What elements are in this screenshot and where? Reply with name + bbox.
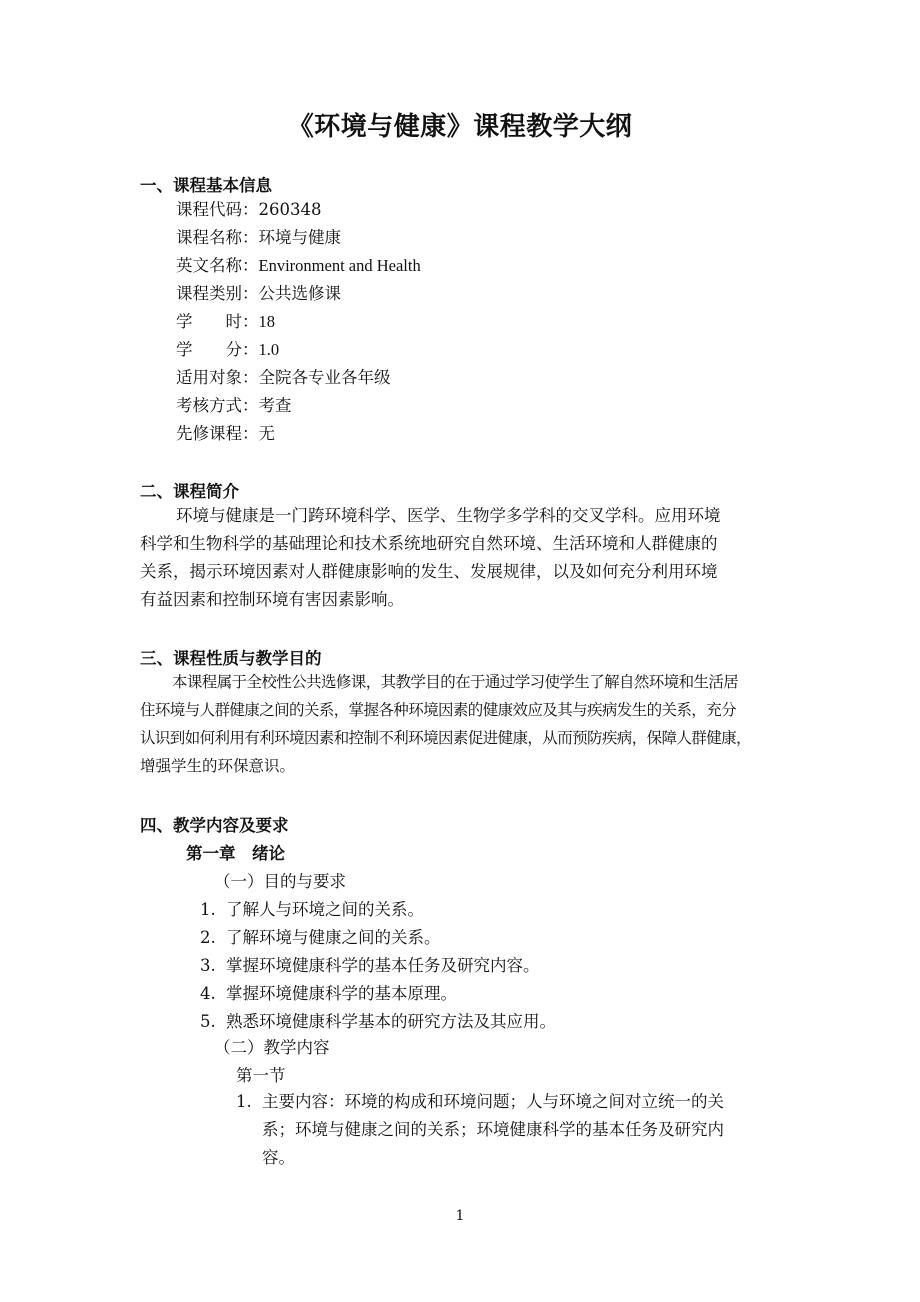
field-label: 适用对象： — [176, 368, 259, 387]
item-number: 4. — [200, 984, 226, 1003]
field-label: 学 分： — [176, 340, 259, 359]
section-heading-content-requirements: 四、教学内容及要求 — [140, 812, 289, 836]
requirement-item: 3.掌握环境健康科学的基本任务及研究内容。 — [200, 952, 556, 980]
field-credits: 学 分：1.0 — [176, 336, 421, 364]
requirement-item: 1.了解人与环境之间的关系。 — [200, 896, 556, 924]
paragraph-line: 住环境与人群健康之间的关系，掌握各种环境因素的健康效应及其与疾病发生的关系，充分 — [140, 696, 800, 724]
field-prerequisites: 先修课程：无 — [176, 420, 421, 448]
item-text: 掌握环境健康科学的基本原理。 — [226, 984, 457, 1003]
subsection-objectives: （一）目的与要求 — [214, 868, 346, 892]
content-line: 容。 — [236, 1144, 724, 1172]
item-text: 了解环境与健康之间的关系。 — [226, 928, 441, 947]
field-value: 1.0 — [259, 340, 280, 359]
page-number: 1 — [0, 1208, 920, 1224]
field-label: 课程名称： — [176, 228, 259, 247]
item-number: 3. — [200, 956, 226, 975]
field-course-name: 课程名称：环境与健康 — [176, 224, 421, 252]
field-value: 无 — [259, 424, 276, 443]
section-label: 第一节 — [236, 1062, 286, 1086]
document-page: 《环境与健康》课程教学大纲 一、课程基本信息 课程代码：260348 课程名称：… — [0, 0, 920, 1302]
paragraph-line: 环境与健康是一门跨环境科学、医学、生物学多学科的交叉学科。应用环境 — [140, 502, 790, 530]
item-number: 1. — [236, 1092, 262, 1111]
field-value: 公共选修课 — [259, 284, 342, 303]
objectives-paragraph: 本课程属于全校性公共选修课，其教学目的在于通过学习使学生了解自然环境和生活居 住… — [140, 668, 800, 780]
section-heading-introduction: 二、课程简介 — [140, 478, 239, 502]
item-number: 1. — [200, 900, 226, 919]
field-value: 260348 — [259, 200, 322, 219]
content-line: 系；环境与健康之间的关系；环境健康科学的基本任务及研究内 — [236, 1116, 724, 1144]
field-course-code: 课程代码：260348 — [176, 196, 421, 224]
requirement-item: 2.了解环境与健康之间的关系。 — [200, 924, 556, 952]
item-text: 熟悉环境健康科学基本的研究方法及其应用。 — [226, 1012, 556, 1031]
paragraph-line: 有益因素和控制环境有害因素影响。 — [140, 586, 790, 614]
paragraph-line: 科学和生物科学的基础理论和技术系统地研究自然环境、生活环境和人群健康的 — [140, 530, 790, 558]
section-heading-basic-info: 一、课程基本信息 — [140, 172, 272, 196]
field-label: 学 时： — [176, 312, 259, 331]
paragraph-line: 本课程属于全校性公共选修课，其教学目的在于通过学习使学生了解自然环境和生活居 — [140, 668, 800, 696]
field-course-type: 课程类别：公共选修课 — [176, 280, 421, 308]
basic-info-list: 课程代码：260348 课程名称：环境与健康 英文名称：Environment … — [176, 196, 421, 448]
field-label: 考核方式： — [176, 396, 259, 415]
field-label: 先修课程： — [176, 424, 259, 443]
item-number: 2. — [200, 928, 226, 947]
field-label: 课程代码： — [176, 200, 259, 219]
item-text: 了解人与环境之间的关系。 — [226, 900, 424, 919]
field-value: 全院各专业各年级 — [259, 368, 391, 387]
subsection-teaching-content: （二）教学内容 — [214, 1034, 330, 1058]
introduction-paragraph: 环境与健康是一门跨环境科学、医学、生物学多学科的交叉学科。应用环境 科学和生物科… — [140, 502, 790, 614]
section-heading-nature-objectives: 三、课程性质与教学目的 — [140, 645, 322, 669]
document-title: 《环境与健康》课程教学大纲 — [0, 106, 920, 143]
field-value: Environment and Health — [259, 256, 421, 275]
field-audience: 适用对象：全院各专业各年级 — [176, 364, 421, 392]
chapter-heading: 第一章 绪论 — [186, 840, 285, 864]
content-line: 1.主要内容：环境的构成和环境问题；人与环境之间对立统一的关 — [236, 1088, 724, 1116]
field-label: 英文名称： — [176, 256, 259, 275]
requirements-list: 1.了解人与环境之间的关系。 2.了解环境与健康之间的关系。 3.掌握环境健康科… — [200, 896, 556, 1036]
requirement-item: 5.熟悉环境健康科学基本的研究方法及其应用。 — [200, 1008, 556, 1036]
field-label: 课程类别： — [176, 284, 259, 303]
paragraph-line: 增强学生的环保意识。 — [140, 752, 800, 780]
paragraph-line: 认识到如何利用有利环境因素和控制不利环境因素促进健康，从而预防疾病，保障人群健康… — [140, 724, 800, 752]
item-number: 5. — [200, 1012, 226, 1031]
paragraph-line: 关系，揭示环境因素对人群健康影响的发生、发展规律，以及如何充分利用环境 — [140, 558, 790, 586]
item-text: 掌握环境健康科学的基本任务及研究内容。 — [226, 956, 540, 975]
field-english-name: 英文名称：Environment and Health — [176, 252, 421, 280]
field-value: 环境与健康 — [259, 228, 342, 247]
field-hours: 学 时：18 — [176, 308, 421, 336]
field-value: 考查 — [259, 396, 292, 415]
requirement-item: 4.掌握环境健康科学的基本原理。 — [200, 980, 556, 1008]
field-value: 18 — [259, 312, 276, 331]
field-assessment: 考核方式：考查 — [176, 392, 421, 420]
content-item: 1.主要内容：环境的构成和环境问题；人与环境之间对立统一的关 系；环境与健康之间… — [236, 1088, 724, 1172]
item-text: 主要内容：环境的构成和环境问题；人与环境之间对立统一的关 — [262, 1092, 724, 1111]
